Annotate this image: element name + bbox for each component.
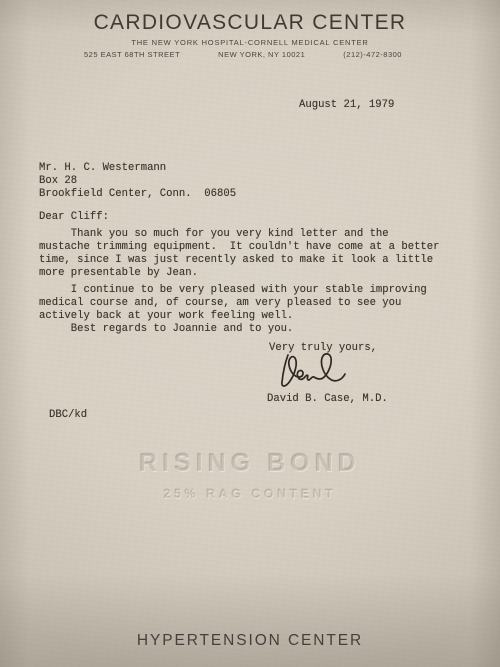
reference-initials: DBC/kd [49,409,87,422]
letterhead-title: CARDIOVASCULAR CENTER [0,11,500,35]
body-paragraph-2: I continue to be very pleased with your … [39,284,427,323]
signature [274,347,354,395]
letter-date: August 21, 1979 [299,99,394,112]
body-paragraph-1: Thank you so much for you very kind lett… [39,228,440,280]
signature-stroke [274,347,354,395]
recipient-address: Mr. H. C. Westermann Box 28 Brookfield C… [39,162,236,201]
letterhead: CARDIOVASCULAR CENTER THE NEW YORK HOSPI… [0,11,500,59]
salutation: Dear Cliff: [39,211,109,224]
letterhead-subtitle: THE NEW YORK HOSPITAL-CORNELL MEDICAL CE… [0,38,500,47]
letterhead-phone: (212)-472-8300 [343,50,402,59]
footer-title: HYPERTENSION CENTER [0,632,500,650]
paper-watermark-line1: RISING BOND [0,449,500,478]
signer-name: David B. Case, M.D. [267,393,388,406]
body-paragraph-3: Best regards to Joannie and to you. [39,323,293,336]
letterhead-city: NEW YORK, NY 10021 [218,50,305,59]
letter-photo: CARDIOVASCULAR CENTER THE NEW YORK HOSPI… [0,0,500,667]
paper-watermark-line2: 25% RAG CONTENT [0,487,500,501]
letterhead-street: 525 EAST 68TH STREET [84,50,180,59]
letterhead-address-row: 525 EAST 68TH STREET NEW YORK, NY 10021 … [84,50,402,59]
